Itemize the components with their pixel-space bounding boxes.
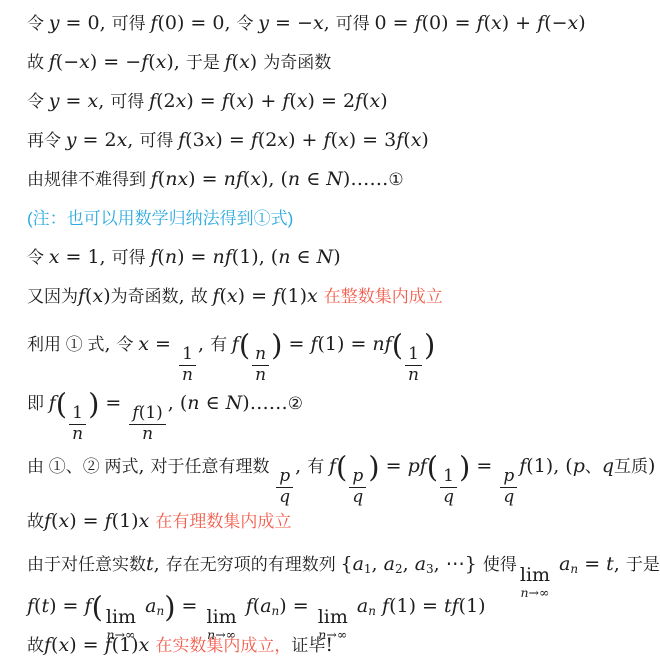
math-symbol: ) +	[247, 90, 282, 112]
math-var: a	[384, 553, 395, 575]
math-var: x	[58, 634, 69, 656]
text-run: ①	[388, 170, 403, 189]
math-symbol: ,	[127, 129, 139, 151]
fraction-numerator: 1	[440, 468, 457, 488]
math-var: y	[49, 12, 66, 34]
math-var: a	[145, 595, 156, 617]
math-symbol: (0) =	[422, 12, 477, 34]
math-run: 由规律不难得到 f(nx) = nf(x), (n ∈ N)……①	[27, 172, 404, 189]
math-subscript: 3	[426, 562, 434, 576]
fraction-numerator: n	[252, 346, 269, 366]
math-var: x	[236, 90, 247, 112]
math-symbol: = 2	[83, 129, 117, 151]
math-symbol: ,	[614, 553, 626, 575]
limit-word: lim	[106, 608, 136, 627]
math-symbol: ) = 2	[308, 90, 356, 112]
math-var: x	[117, 129, 128, 151]
math-symbol: )……	[343, 168, 388, 190]
fraction-denominator: q	[500, 488, 517, 507]
text-run: 令	[237, 14, 259, 33]
big-paren: (	[56, 387, 67, 421]
math-symbol: →∞	[529, 585, 550, 600]
math-symbol: = 1,	[66, 246, 112, 268]
fraction: 1q	[440, 468, 457, 507]
math-symbol: (1)	[112, 510, 139, 532]
math-run: f(t) = f	[27, 599, 92, 616]
limit-word: lim	[207, 608, 237, 627]
text-run: 由于对任意实数	[27, 555, 146, 574]
math-symbol: {	[340, 553, 352, 575]
math-var: x	[297, 90, 308, 112]
text-run: 可得	[336, 14, 375, 33]
math-var: x	[79, 51, 90, 73]
math-symbol: ,	[98, 90, 110, 112]
math-var: n	[165, 246, 177, 268]
text-run: 故	[27, 512, 44, 531]
math-symbol: (	[362, 90, 369, 112]
math-symbol: =	[66, 90, 88, 112]
text-run: 故	[27, 53, 49, 72]
math-var: x	[138, 333, 155, 355]
math-var: x	[176, 90, 187, 112]
math-var: nf	[224, 168, 243, 190]
text-run: 存在无穷项的有理数列	[166, 555, 341, 574]
math-run: 故 f(−x) = −f(x), 于是 f(x) 为奇函数	[27, 55, 331, 72]
proof-line: 令 y = x, 可得 f(2x) = f(x) + f(x) = 2f(x)	[27, 82, 660, 121]
math-symbol: ) = 3	[349, 129, 397, 151]
big-paren: (	[336, 450, 347, 484]
math-symbol: )……	[242, 392, 287, 414]
text-run: 令	[27, 92, 49, 111]
math-run: 故f(x) = f(1)x	[27, 638, 155, 655]
math-run: , (n ∈ N)……②	[168, 396, 303, 413]
math-var: x	[87, 90, 98, 112]
math-symbol: (1), (	[526, 455, 572, 477]
math-subscript: n	[570, 562, 578, 576]
math-run: an f(1) = tf(1)	[351, 599, 486, 616]
math-var: f	[27, 595, 34, 617]
math-symbol: ,	[372, 553, 384, 575]
proof-line: 利用 ① 式, 令 x = 1n, 有 f(nn) = f(1) = nf(1n…	[27, 316, 660, 372]
math-run: =	[99, 396, 127, 413]
big-paren: )	[164, 590, 175, 624]
math-var: q	[503, 487, 514, 507]
math-var: n	[255, 344, 266, 364]
math-var: p	[573, 455, 585, 477]
math-var: p	[279, 466, 290, 486]
proof-line: 又因为f(x)为奇函数, 故 f(x) = f(1)x 在整数集内成立	[27, 277, 660, 316]
math-symbol: ,	[104, 333, 116, 355]
math-run: =	[470, 459, 498, 476]
math-run: 即 f	[27, 396, 56, 413]
math-symbol: )	[380, 90, 387, 112]
math-symbol: =	[99, 392, 127, 414]
text-run: 即	[27, 394, 49, 413]
text-run: 对于任意有理数	[151, 457, 275, 476]
text-run: 又因为	[27, 287, 78, 306]
math-var: f	[105, 510, 112, 532]
proof-line: 故 f(−x) = −f(x), 于是 f(x) 为奇函数	[27, 43, 660, 82]
math-symbol: ∈	[306, 168, 326, 190]
math-var: f	[222, 90, 229, 112]
math-symbol: (	[148, 51, 155, 73]
math-var: f	[382, 595, 389, 617]
math-symbol: (0) = 0,	[157, 12, 236, 34]
math-var: f	[477, 12, 484, 34]
math-run: 令 x = 1, 可得 f(n) = nf(1), (n ∈ N)	[27, 250, 341, 267]
text-run: 在整数集内成立	[324, 287, 443, 306]
math-symbol: ) =	[49, 595, 84, 617]
math-symbol: (	[403, 129, 410, 151]
math-symbol: ) =	[177, 246, 212, 268]
text-run: 可得	[139, 131, 178, 150]
math-symbol: (	[219, 285, 226, 307]
math-run: 又因为f(x)为奇函数, 故 f(x) = f(1)x	[27, 289, 324, 306]
math-var: t	[41, 595, 49, 617]
text-run: 令	[27, 14, 49, 33]
math-symbol: (	[232, 51, 239, 73]
math-var: x	[277, 129, 288, 151]
text-run: 可得	[110, 92, 149, 111]
math-run: = f(1) = nf	[282, 337, 391, 354]
math-symbol: (2	[258, 129, 278, 151]
math-symbol: (1)	[459, 595, 486, 617]
fraction-numerator: f(1)	[129, 405, 165, 425]
limit-word: lim	[520, 566, 550, 585]
math-var: f	[310, 333, 317, 355]
math-symbol: )	[578, 12, 585, 34]
text-run: 于是	[186, 53, 225, 72]
math-symbol: (1)	[139, 403, 163, 423]
math-run: 令 y = x, 可得 f(2x) = f(x) + f(x) = 2f(x)	[27, 94, 388, 111]
fraction: pq	[500, 468, 517, 507]
math-var: f	[324, 129, 331, 151]
math-symbol: 1	[72, 403, 83, 423]
proof-line: 再令 y = 2x, 可得 f(3x) = f(2x) + f(x) = 3f(…	[27, 121, 660, 160]
text-run: 利用 ① 式	[27, 335, 104, 354]
math-symbol: ,	[138, 455, 150, 477]
math-var: x	[156, 51, 167, 73]
math-symbol: ,	[179, 285, 191, 307]
text-run: 可得	[112, 248, 151, 267]
math-symbol: 1	[443, 466, 454, 486]
math-symbol: ,	[154, 553, 166, 575]
math-symbol: (−	[56, 51, 79, 73]
fraction-denominator: q	[440, 488, 457, 507]
math-symbol: (−	[544, 12, 567, 34]
math-symbol: (2	[156, 90, 176, 112]
math-var: x	[49, 246, 66, 268]
math-symbol: = −	[275, 12, 313, 34]
math-symbol: )	[421, 129, 428, 151]
fraction-numerator: 1	[179, 346, 196, 366]
math-run: 利用 ① 式, 令 x =	[27, 337, 177, 354]
math-symbol: ) =	[279, 595, 314, 617]
math-var: n	[408, 365, 419, 385]
math-var: f	[251, 129, 258, 151]
big-paren: (	[92, 590, 103, 624]
math-var: N	[317, 246, 334, 268]
math-symbol: (3	[185, 129, 205, 151]
math-run: 由于对任意实数t, 存在无穷项的有理数列 {a1, a2, a3, ⋯} 使得	[27, 557, 517, 574]
math-subscript: 1	[364, 562, 372, 576]
math-var: n	[520, 585, 528, 600]
math-var: f	[78, 285, 85, 307]
text-run: 故	[27, 636, 44, 655]
math-run: an = t, 于是有:	[553, 557, 660, 574]
limit-underscript: n→∞	[520, 585, 549, 601]
math-symbol: (1) =	[318, 333, 373, 355]
text-run: 由规律不难得到	[27, 170, 151, 189]
math-symbol: ,	[295, 455, 307, 477]
math-symbol: 0 =	[374, 12, 414, 34]
big-paren: (	[392, 328, 403, 362]
math-symbol: (1) =	[389, 595, 444, 617]
fraction-numerator: p	[500, 468, 517, 488]
math-var: f	[232, 333, 239, 355]
math-var: pf	[408, 455, 427, 477]
text-run: (注：也可以用数学归纳法得到①式)	[27, 209, 293, 228]
math-var: tf	[444, 595, 459, 617]
fraction-numerator: 1	[405, 346, 422, 366]
limit-operator: limn→∞	[520, 566, 550, 601]
page: { "document": { "kind": "math-proof-note…	[0, 0, 660, 663]
math-symbol: 1	[408, 344, 419, 364]
limit-word: lim	[318, 608, 348, 627]
fraction-numerator: p	[349, 468, 366, 488]
math-symbol: ) =	[188, 168, 223, 190]
proof-document: 令 y = 0, 可得 f(0) = 0, 令 y = −x, 可得 0 = f…	[0, 0, 660, 663]
math-symbol: ∈	[296, 246, 316, 268]
math-var: x	[227, 285, 238, 307]
math-var: x	[139, 634, 156, 656]
math-subscript: 2	[395, 562, 403, 576]
math-symbol: ) =	[215, 129, 250, 151]
math-var: x	[411, 129, 422, 151]
text-run: 令	[27, 248, 49, 267]
math-var: n	[187, 392, 205, 414]
proof-line: 由于对任意实数t, 存在无穷项的有理数列 {a1, a2, a3, ⋯} 使得l…	[27, 544, 660, 584]
math-symbol: ) =	[238, 285, 273, 307]
math-symbol: = 0,	[66, 12, 112, 34]
math-var: f	[49, 392, 56, 414]
math-var: y	[258, 12, 275, 34]
math-symbol: ) =	[186, 90, 221, 112]
math-var: f	[44, 634, 51, 656]
text-run: 由 ①、② 两式	[27, 457, 138, 476]
text-run: 再令	[27, 131, 66, 150]
math-var: f	[105, 634, 112, 656]
math-run: an	[139, 599, 164, 616]
math-var: f	[44, 510, 51, 532]
text-run: 可得	[112, 14, 151, 33]
math-var: f	[49, 51, 56, 73]
proof-line: f(t) = f(limn→∞ an) = limn→∞ f(an) = lim…	[27, 584, 660, 628]
math-symbol: ) +	[502, 12, 537, 34]
math-var: f	[85, 595, 92, 617]
text-run: 有	[307, 457, 329, 476]
big-paren: )	[424, 328, 435, 362]
math-var: a	[260, 595, 271, 617]
text-run: 令	[117, 335, 139, 354]
math-subscript: n	[368, 604, 376, 618]
text-run: 、	[585, 457, 602, 476]
note-line: (注：也可以用数学归纳法得到①式)	[27, 199, 660, 238]
math-symbol: ),	[166, 51, 186, 73]
math-symbol: ,	[198, 333, 210, 355]
fraction-numerator: 1	[69, 405, 86, 425]
math-var: x	[568, 12, 579, 34]
math-var: t	[146, 553, 154, 575]
fraction-numerator: p	[276, 468, 293, 488]
math-var: nf	[372, 333, 391, 355]
math-run: 由 ①、② 两式, 对于任意有理数	[27, 459, 274, 476]
fraction: 1n	[405, 346, 422, 385]
proof-line: 故f(x) = f(1)x 在有理数集内成立	[27, 498, 660, 544]
math-symbol: =	[578, 553, 606, 575]
math-run: f(an) =	[240, 599, 315, 616]
text-run: 使得	[483, 555, 517, 574]
big-paren: )	[271, 328, 282, 362]
text-run: 证毕	[291, 636, 325, 655]
math-symbol: )	[648, 455, 655, 477]
math-symbol: !	[325, 634, 333, 656]
math-symbol: (1)	[112, 634, 139, 656]
math-run: f(1), (p、q互质)	[519, 459, 655, 476]
math-var: p	[352, 466, 363, 486]
math-run: 令 y = 0, 可得 f(0) = 0, 令 y = −x, 可得 0 = f…	[27, 16, 586, 33]
math-symbol: (	[289, 90, 296, 112]
math-var: N	[326, 168, 343, 190]
math-var: x	[205, 129, 216, 151]
math-var: p	[503, 466, 514, 486]
math-var: x	[92, 285, 103, 307]
text-run: 在实数集内成立，	[155, 636, 291, 655]
math-var: x	[307, 285, 324, 307]
math-var: a	[357, 595, 368, 617]
math-var: q	[352, 487, 363, 507]
fraction-denominator: q	[349, 488, 366, 507]
math-var: q	[602, 455, 614, 477]
text-run: 为奇函数	[263, 53, 331, 72]
text-run: ②	[288, 394, 303, 413]
math-var: y	[66, 129, 83, 151]
math-symbol: 1	[182, 344, 193, 364]
proof-line: 令 x = 1, 可得 f(n) = nf(1), (n ∈ N)	[27, 238, 660, 277]
text-run: 为奇函数	[111, 287, 179, 306]
fraction: pq	[349, 468, 366, 507]
big-paren: )	[459, 450, 470, 484]
math-symbol: (	[157, 246, 164, 268]
math-var: n	[278, 246, 296, 268]
math-var: x	[250, 168, 261, 190]
math-var: x	[491, 12, 502, 34]
math-symbol: (	[484, 12, 491, 34]
fraction-denominator: n	[405, 366, 422, 385]
math-run: 证毕!	[291, 638, 333, 655]
math-symbol: =	[380, 455, 408, 477]
math-run: = pf	[380, 459, 427, 476]
math-run: , 有 f	[198, 337, 239, 354]
math-symbol: , ⋯}	[434, 553, 483, 575]
text-run: 在有理数集内成立	[155, 512, 291, 531]
math-run: 故f(x) = f(1)x	[27, 514, 155, 531]
math-var: N	[226, 392, 243, 414]
math-var: x	[313, 12, 324, 34]
math-symbol: =	[282, 333, 310, 355]
math-var: n	[288, 168, 306, 190]
math-symbol: ∈	[206, 392, 226, 414]
math-symbol: =	[155, 333, 177, 355]
big-paren: )	[88, 387, 99, 421]
proof-line: 令 y = 0, 可得 f(0) = 0, 令 y = −x, 可得 0 = f…	[27, 4, 660, 43]
math-var: f	[225, 51, 232, 73]
math-symbol: ) = −	[90, 51, 141, 73]
math-symbol: ) +	[288, 129, 323, 151]
math-var: y	[49, 90, 66, 112]
math-symbol: )	[103, 285, 110, 307]
proof-line: 即 f(1n) = f(1)n, (n ∈ N)……②	[27, 372, 660, 434]
math-var: x	[370, 90, 381, 112]
math-var: x	[58, 510, 69, 532]
math-var: x	[139, 510, 156, 532]
text-run: 于是有	[626, 555, 660, 574]
math-var: f	[329, 455, 336, 477]
big-paren: )	[368, 450, 379, 484]
math-run: 再令 y = 2x, 可得 f(3x) = f(2x) + f(x) = 3f(…	[27, 133, 429, 150]
proof-line: 由 ①、② 两式, 对于任意有理数 pq, 有 f(pq) = pf(1q) =…	[27, 434, 660, 498]
math-symbol: ) =	[69, 510, 104, 532]
math-var: x	[239, 51, 250, 73]
math-symbol: ), (	[261, 168, 288, 190]
math-run: , 有 f	[295, 459, 336, 476]
math-symbol: (1)	[280, 285, 307, 307]
math-symbol: =	[470, 455, 498, 477]
math-symbol: =	[176, 595, 204, 617]
math-symbol: ) =	[69, 634, 104, 656]
math-var: a	[559, 553, 570, 575]
math-var: f	[151, 168, 158, 190]
math-var: a	[353, 553, 364, 575]
math-var: t	[606, 553, 614, 575]
math-symbol: )	[250, 51, 263, 73]
math-run: =	[176, 599, 204, 616]
math-var: a	[415, 553, 426, 575]
math-symbol: (1), (	[232, 246, 278, 268]
text-run: 有	[210, 335, 232, 354]
text-run: 互质	[614, 457, 648, 476]
math-symbol: ,	[324, 12, 336, 34]
math-symbol: , (	[168, 392, 188, 414]
math-var: f	[415, 12, 422, 34]
math-symbol: (	[331, 129, 338, 151]
big-paren: (	[427, 450, 438, 484]
math-var: x	[338, 129, 349, 151]
math-var: nx	[165, 168, 188, 190]
math-symbol: )	[333, 246, 340, 268]
big-paren: (	[239, 328, 250, 362]
math-symbol: ,	[403, 553, 415, 575]
math-var: f	[246, 595, 253, 617]
math-var: q	[443, 487, 454, 507]
math-var: nf	[213, 246, 232, 268]
text-run: 故	[191, 287, 213, 306]
proof-line: 由规律不难得到 f(nx) = nf(x), (n ∈ N)……①	[27, 160, 660, 199]
